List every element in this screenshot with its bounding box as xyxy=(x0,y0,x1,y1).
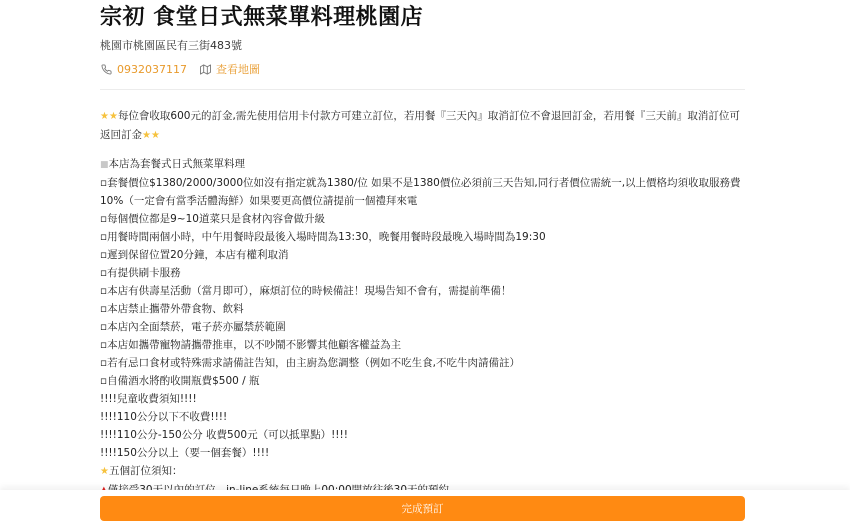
phone-link[interactable]: 0932037117 xyxy=(117,63,187,76)
rule-item: ▫若有忌口食材或特殊需求請備註告知，由主廚為您調整（例如不吃生食,不吃牛肉請備註… xyxy=(100,354,745,372)
rule-item: ▫本店如攜帶寵物請攜帶推車，以不吵鬧不影響其他顧客權益為主 xyxy=(100,336,745,354)
square-icon: ■ xyxy=(100,160,109,170)
view-map-link[interactable]: 查看地圖 xyxy=(216,61,260,77)
rule-item: ▫本店內全面禁菸，電子菸亦屬禁菸範圍 xyxy=(100,318,745,336)
star-icon: ★★ xyxy=(100,111,118,122)
rule-item: ▫套餐價位$1380/2000/3000位如沒有指定就為1380/位 如果不是1… xyxy=(100,174,745,210)
child-fee-item: !!!!兒童收費須知!!!! xyxy=(100,390,745,408)
map-icon xyxy=(199,63,211,75)
deposit-text: 每位會收取600元的訂金,需先使用信用卡付款方可建立訂位，若用餐『三天內』取消訂… xyxy=(100,110,740,141)
booking-page: 宗初 食堂日式無菜單料理桃園店 桃園市桃園區民有三街483號 093203711… xyxy=(0,0,850,527)
rule-item: ▫遲到保留位置20分鐘，本店有權利取消 xyxy=(100,246,745,264)
child-fee-item: !!!!150公分以上（要一個套餐）!!!! xyxy=(100,444,745,462)
notice-heading: ■本店為套餐式日式無菜單料理 xyxy=(100,155,745,174)
complete-booking-button[interactable]: 完成預訂 xyxy=(100,496,745,521)
child-fee-item: !!!!110公分以下不收費!!!! xyxy=(100,408,745,426)
child-fee-item: !!!!110公分-150公分 收費500元（可以抵單點）!!!! xyxy=(100,426,745,444)
rule-item: ▫用餐時間兩個小時，中午用餐時段最後入場時間為13:30，晚餐用餐時段最晚入場時… xyxy=(100,228,745,246)
deposit-notice: ★★每位會收取600元的訂金,需先使用信用卡付款方可建立訂位，若用餐『三天內』取… xyxy=(100,107,745,145)
star-icon: ★★ xyxy=(142,130,160,141)
restaurant-info: 宗初 食堂日式無菜單料理桃園店 桃園市桃園區民有三街483號 093203711… xyxy=(100,0,745,500)
rule-item: ▫本店有供壽星活動（當月即可），麻煩訂位的時候備註！現場告知不會有，需提前準備！ xyxy=(100,282,745,300)
restaurant-address: 桃園市桃園區民有三街483號 xyxy=(100,38,745,54)
booking-notice: ★★每位會收取600元的訂金,需先使用信用卡付款方可建立訂位，若用餐『三天內』取… xyxy=(100,107,745,500)
five-rules-heading: ★五個訂位須知： xyxy=(100,462,745,481)
rule-item: ▫本店禁止攜帶外帶食物、飲料 xyxy=(100,300,745,318)
footer-bar: 完成預訂 xyxy=(0,490,850,527)
contact-row: 0932037117 查看地圖 xyxy=(100,59,745,79)
rule-item: ▫每個價位都是9~10道菜只是食材內容會做升級 xyxy=(100,210,745,228)
star-icon: ★ xyxy=(100,466,109,477)
restaurant-name: 宗初 食堂日式無菜單料理桃園店 xyxy=(100,3,745,33)
phone-icon xyxy=(100,63,112,75)
rule-item: ▫自備酒水將酌收開瓶費$500 / 瓶 xyxy=(100,372,745,390)
divider xyxy=(100,89,745,90)
rule-item: ▫有提供刷卡服務 xyxy=(100,264,745,282)
